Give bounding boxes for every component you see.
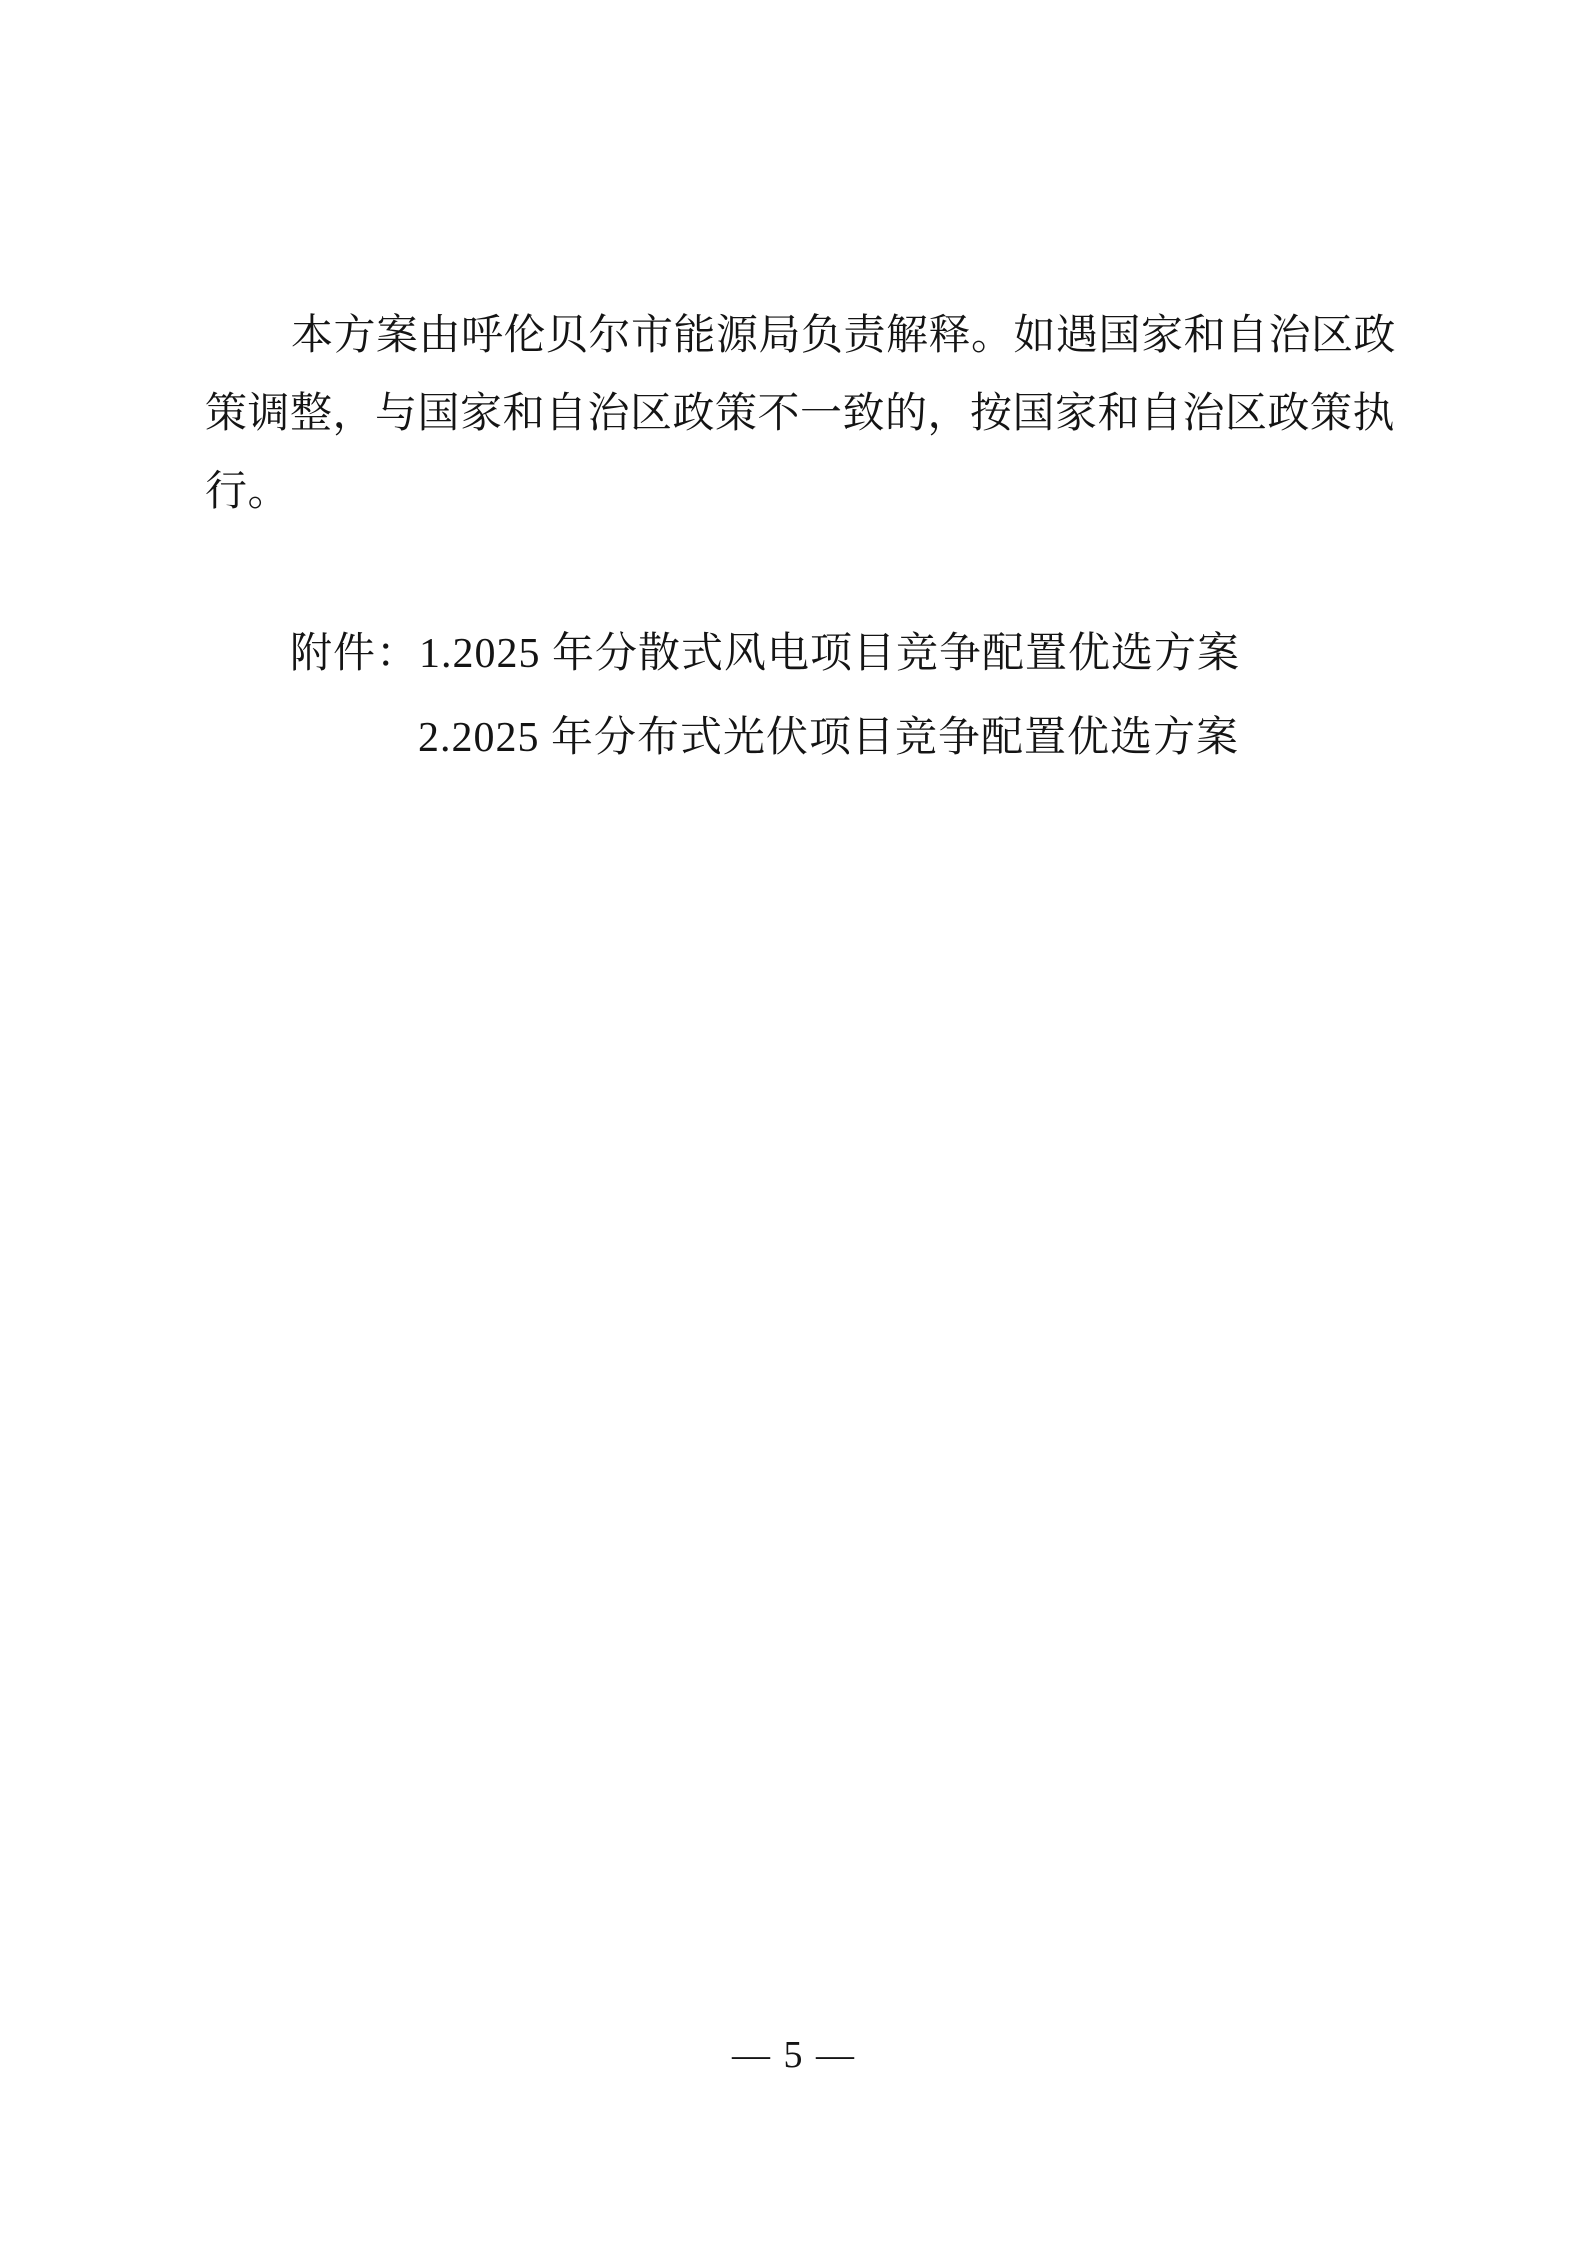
attachment-item-1: 附件：1.2025 年分散式风电项目竞争配置优选方案 [290,612,1240,696]
attachment-item-2: 2.2025 年分布式光伏项目竞争配置优选方案 [290,696,1240,780]
attachment-title-2: 2.2025 年分布式光伏项目竞争配置优选方案 [418,715,1239,761]
paragraph-line-2: 策调整，与国家和自治区政策不一致的，按国家和自治区政策执 [205,375,1383,453]
attachment-title-1: 1.2025 年分散式风电项目竞争配置优选方案 [419,631,1240,677]
page-footer: — 5 — [0,2032,1588,2078]
paragraph-line-3: 行。 [205,453,1383,531]
body-paragraph: 本方案由呼伦贝尔市能源局负责解释。如遇国家和自治区政 策调整，与国家和自治区政策… [205,297,1383,531]
attachment-label: 附件： [290,631,419,677]
document-page: 本方案由呼伦贝尔市能源局负责解释。如遇国家和自治区政 策调整，与国家和自治区政策… [0,0,1588,2245]
paragraph-line-1: 本方案由呼伦贝尔市能源局负责解释。如遇国家和自治区政 [205,297,1383,375]
page-number: — 5 — [732,2034,856,2076]
attachment-list: 附件：1.2025 年分散式风电项目竞争配置优选方案 2.2025 年分布式光伏… [290,612,1240,780]
